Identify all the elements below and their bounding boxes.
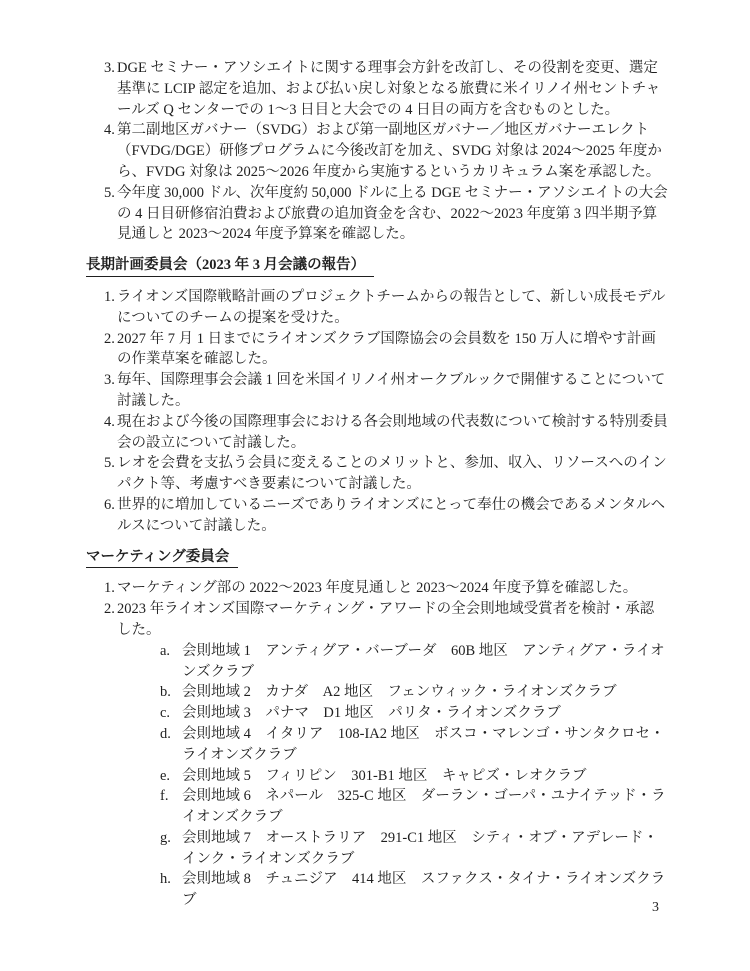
section-heading: マーケティング委員会 — [86, 547, 668, 569]
list-item: 5.今年度 30,000 ドル、次年度約 50,000 ドルに上る DGE セミ… — [86, 183, 668, 245]
list-item-number: 2. — [104, 329, 117, 350]
sub-list-item: f.会則地域 6 ネパール 325-C 地区 ダーラン・ゴーパ・ユナイテッド・ラ… — [117, 786, 668, 828]
sub-list-item-text: 会則地域 4 イタリア 108-IA2 地区 ボスコ・マレンゴ・サンタクロセ・ラ… — [182, 724, 668, 766]
list-item-text-content: 今年度 30,000 ドル、次年度約 50,000 ドルに上る DGE セミナー… — [117, 185, 668, 243]
page-number: 3 — [652, 900, 659, 916]
list-item-text: 第二副地区ガバナー（SVDG）および第一副地区ガバナー／地区ガバナーエレクト（F… — [117, 120, 668, 182]
section-heading: 長期計画委員会（2023 年 3 月会議の報告） — [86, 255, 668, 277]
list-item-text-content: 現在および今後の国際理事会における各会則地域の代表数について検討する特別委員会の… — [117, 414, 668, 451]
list-item-number: 4. — [104, 120, 117, 141]
list-item-number: 4. — [104, 412, 117, 433]
sub-list-item-letter: a. — [160, 641, 182, 662]
list-item-text-content: 世界的に増加しているニーズでありライオンズにとって奉仕の機会であるメンタルヘルス… — [117, 497, 665, 534]
sub-list-item-letter: d. — [160, 724, 182, 745]
list-item-text: レオを会費を支払う会員に変えることのメリットと、参加、収入、リソースへのインパク… — [117, 453, 668, 495]
list-item-number: 1. — [104, 287, 117, 308]
list-item-number: 6. — [104, 495, 117, 516]
ordered-list: 1.ライオンズ国際戦略計画のプロジェクトチームからの報告として、新しい成長モデル… — [86, 287, 668, 537]
sub-list-item-letter: h. — [160, 869, 182, 890]
document-page: 3.DGE セミナー・アソシエイトに関する理事会方針を改訂し、その役割を変更、選… — [0, 0, 750, 971]
list-item-number: 1. — [104, 578, 117, 599]
list-item-text: 世界的に増加しているニーズでありライオンズにとって奉仕の機会であるメンタルヘルス… — [117, 495, 668, 537]
list-item-number: 5. — [104, 453, 117, 474]
list-item: 6.世界的に増加しているニーズでありライオンズにとって奉仕の機会であるメンタルヘ… — [86, 495, 668, 537]
ordered-list: 1.マーケティング部の 2022～2023 年度見通しと 2023～2024 年… — [86, 578, 668, 911]
list-item-text: マーケティング部の 2022～2023 年度見通しと 2023～2024 年度予… — [117, 578, 668, 599]
list-item: 3.毎年、国際理事会会議 1 回を米国イリノイ州オークブルックで開催することにつ… — [86, 370, 668, 412]
list-item-number: 2. — [104, 599, 117, 620]
sub-list-item: h.会則地域 8 チュニジア 414 地区 スファクス・タイナ・ライオンズクラブ — [117, 869, 668, 911]
list-item: 1.ライオンズ国際戦略計画のプロジェクトチームからの報告として、新しい成長モデル… — [86, 287, 668, 329]
list-item-number: 3. — [104, 370, 117, 391]
sub-list-item: g.会則地域 7 オーストラリア 291-C1 地区 シティ・オブ・アデレード・… — [117, 828, 668, 870]
document-content: 3.DGE セミナー・アソシエイトに関する理事会方針を改訂し、その役割を変更、選… — [86, 58, 668, 911]
sub-list-item-letter: b. — [160, 682, 182, 703]
list-item-text: ライオンズ国際戦略計画のプロジェクトチームからの報告として、新しい成長モデルにつ… — [117, 287, 668, 329]
sub-list-item: d.会則地域 4 イタリア 108-IA2 地区 ボスコ・マレンゴ・サンタクロセ… — [117, 724, 668, 766]
sub-list-item-letter: c. — [160, 703, 182, 724]
list-item-number: 5. — [104, 183, 117, 204]
ordered-list: 3.DGE セミナー・アソシエイトに関する理事会方針を改訂し、その役割を変更、選… — [86, 58, 668, 245]
lettered-sub-list: a.会則地域 1 アンティグア・バーブーダ 60B 地区 アンティグア・ライオン… — [117, 641, 668, 911]
sub-list-item: a.会則地域 1 アンティグア・バーブーダ 60B 地区 アンティグア・ライオン… — [117, 641, 668, 683]
list-item-text-content: 2023 年ライオンズ国際マーケティング・アワードの全会則地域受賞者を検討・承認… — [117, 601, 654, 638]
list-item-text-content: 2027 年 7 月 1 日までにライオンズクラブ国際協会の会員数を 150 万… — [117, 331, 656, 368]
list-item-text: 現在および今後の国際理事会における各会則地域の代表数について検討する特別委員会の… — [117, 412, 668, 454]
sub-list-item-letter: g. — [160, 828, 182, 849]
sub-list-item-text: 会則地域 6 ネパール 325-C 地区 ダーラン・ゴーパ・ユナイテッド・ライオ… — [182, 786, 668, 828]
list-item-text: 2023 年ライオンズ国際マーケティング・アワードの全会則地域受賞者を検討・承認… — [117, 599, 668, 911]
list-item-text-content: マーケティング部の 2022～2023 年度見通しと 2023～2024 年度予… — [117, 580, 637, 596]
list-item-text: 2027 年 7 月 1 日までにライオンズクラブ国際協会の会員数を 150 万… — [117, 329, 668, 371]
list-item-text: DGE セミナー・アソシエイトに関する理事会方針を改訂し、その役割を変更、選定基… — [117, 58, 668, 120]
sub-list-item: b.会則地域 2 カナダ A2 地区 フェンウィック・ライオンズクラブ — [117, 682, 668, 703]
list-item: 4.第二副地区ガバナー（SVDG）および第一副地区ガバナー／地区ガバナーエレクト… — [86, 120, 668, 182]
list-item: 4.現在および今後の国際理事会における各会則地域の代表数について検討する特別委員… — [86, 412, 668, 454]
list-item-text: 毎年、国際理事会会議 1 回を米国イリノイ州オークブルックで開催することについて… — [117, 370, 668, 412]
list-item-text-content: DGE セミナー・アソシエイトに関する理事会方針を改訂し、その役割を変更、選定基… — [117, 60, 660, 118]
sub-list-item-text: 会則地域 2 カナダ A2 地区 フェンウィック・ライオンズクラブ — [182, 682, 668, 703]
list-item-text: 今年度 30,000 ドル、次年度約 50,000 ドルに上る DGE セミナー… — [117, 183, 668, 245]
sub-list-item: e.会則地域 5 フィリピン 301-B1 地区 キャピズ・レオクラブ — [117, 766, 668, 787]
sub-list-item: c.会則地域 3 パナマ D1 地区 パリタ・ライオンズクラブ — [117, 703, 668, 724]
list-item-text-content: ライオンズ国際戦略計画のプロジェクトチームからの報告として、新しい成長モデルにつ… — [117, 289, 665, 326]
list-item-text-content: 毎年、国際理事会会議 1 回を米国イリノイ州オークブルックで開催することについて… — [117, 372, 665, 409]
sub-list-item-text: 会則地域 5 フィリピン 301-B1 地区 キャピズ・レオクラブ — [182, 766, 668, 787]
list-item-text-content: レオを会費を支払う会員に変えることのメリットと、参加、収入、リソースへのインパク… — [117, 455, 667, 492]
list-item: 2.2027 年 7 月 1 日までにライオンズクラブ国際協会の会員数を 150… — [86, 329, 668, 371]
list-item-number: 3. — [104, 58, 117, 79]
section-heading-text: 長期計画委員会（2023 年 3 月会議の報告） — [86, 255, 374, 277]
sub-list-item-letter: e. — [160, 766, 182, 787]
section-heading-text: マーケティング委員会 — [86, 547, 238, 569]
sub-list-item-text: 会則地域 1 アンティグア・バーブーダ 60B 地区 アンティグア・ライオンズク… — [182, 641, 668, 683]
sub-list-item-text: 会則地域 7 オーストラリア 291-C1 地区 シティ・オブ・アデレード・イン… — [182, 828, 668, 870]
list-item-text-content: 第二副地区ガバナー（SVDG）および第一副地区ガバナー／地区ガバナーエレクト（F… — [117, 122, 662, 180]
list-item: 2.2023 年ライオンズ国際マーケティング・アワードの全会則地域受賞者を検討・… — [86, 599, 668, 911]
sub-list-item-text: 会則地域 8 チュニジア 414 地区 スファクス・タイナ・ライオンズクラブ — [182, 869, 668, 911]
sub-list-item-text: 会則地域 3 パナマ D1 地区 パリタ・ライオンズクラブ — [182, 703, 668, 724]
list-item: 3.DGE セミナー・アソシエイトに関する理事会方針を改訂し、その役割を変更、選… — [86, 58, 668, 120]
list-item: 1.マーケティング部の 2022～2023 年度見通しと 2023～2024 年… — [86, 578, 668, 599]
list-item: 5.レオを会費を支払う会員に変えることのメリットと、参加、収入、リソースへのイン… — [86, 453, 668, 495]
sub-list-item-letter: f. — [160, 786, 182, 807]
